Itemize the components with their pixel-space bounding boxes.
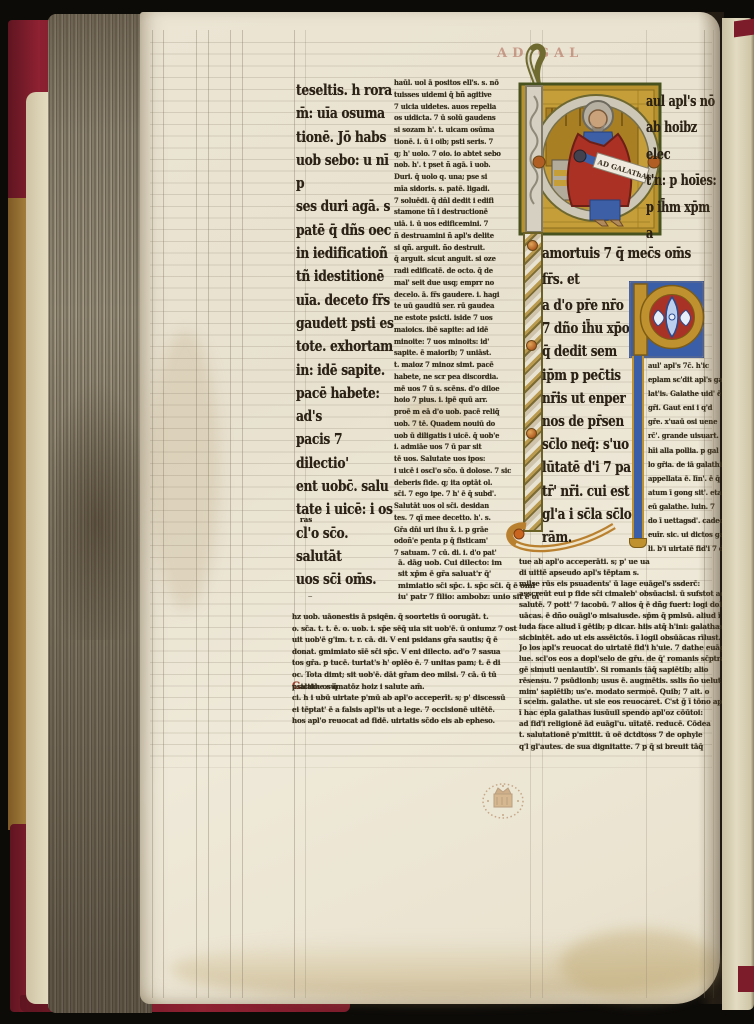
cover-sliver-bottom-right <box>738 966 754 992</box>
text-superscript: ras <box>300 515 312 524</box>
fore-edge-stain <box>52 380 152 640</box>
second-initial-P <box>628 280 706 362</box>
ruling-line-vertical <box>242 30 243 998</box>
bottom-gloss-left: hz uob. uāonestis ā psiqēn. q̄ soortetis… <box>292 611 527 737</box>
second-initial-descender <box>632 356 644 542</box>
initial-descender-bar <box>523 232 543 532</box>
descender-knob <box>526 340 537 351</box>
page-curl-shadow <box>698 12 724 1004</box>
descender-knob <box>527 240 538 251</box>
cover-sliver-top-right <box>734 19 754 38</box>
photo-background: AD GAL teseltis. h rora m̄: uīa osuma ti… <box>0 0 754 1024</box>
bowl-knob-left <box>533 156 545 168</box>
ruling-line-vertical <box>230 30 231 998</box>
ruling-line-vertical <box>208 30 209 998</box>
text-column-right-narrow: a d'o pr̄e nr̄o 7 dño ih̄u xp̄o. q̄ dedi… <box>542 294 635 542</box>
blue-legs <box>590 200 620 220</box>
page-stain-bottom-right <box>560 930 720 1000</box>
bottom-gloss-left-a: hz uob. uāonestis ā psiqēn. q̄ soortetis… <box>292 611 527 681</box>
ruling-line-vertical <box>196 30 197 998</box>
bottom-gloss-rubric-line: psictio: osūmatōz hoiz i salute am̄. Gal… <box>292 681 527 693</box>
ruling-line-vertical <box>152 30 153 998</box>
descender-knob <box>526 428 537 439</box>
library-stamp-icon <box>480 780 526 822</box>
rubric-line-post: alathe s q̄ <box>300 681 337 693</box>
bottom-gloss-left-b: ci. h i ubū uirtate p'mū ab apl'o accepe… <box>292 692 527 727</box>
illuminated-initial-P-paul: AD GALAThAS <box>508 42 666 242</box>
second-descender-cap <box>629 538 647 548</box>
ruling-line-vertical <box>294 30 295 998</box>
facing-page-edge <box>722 18 754 1010</box>
ruling-line-vertical <box>163 30 164 998</box>
